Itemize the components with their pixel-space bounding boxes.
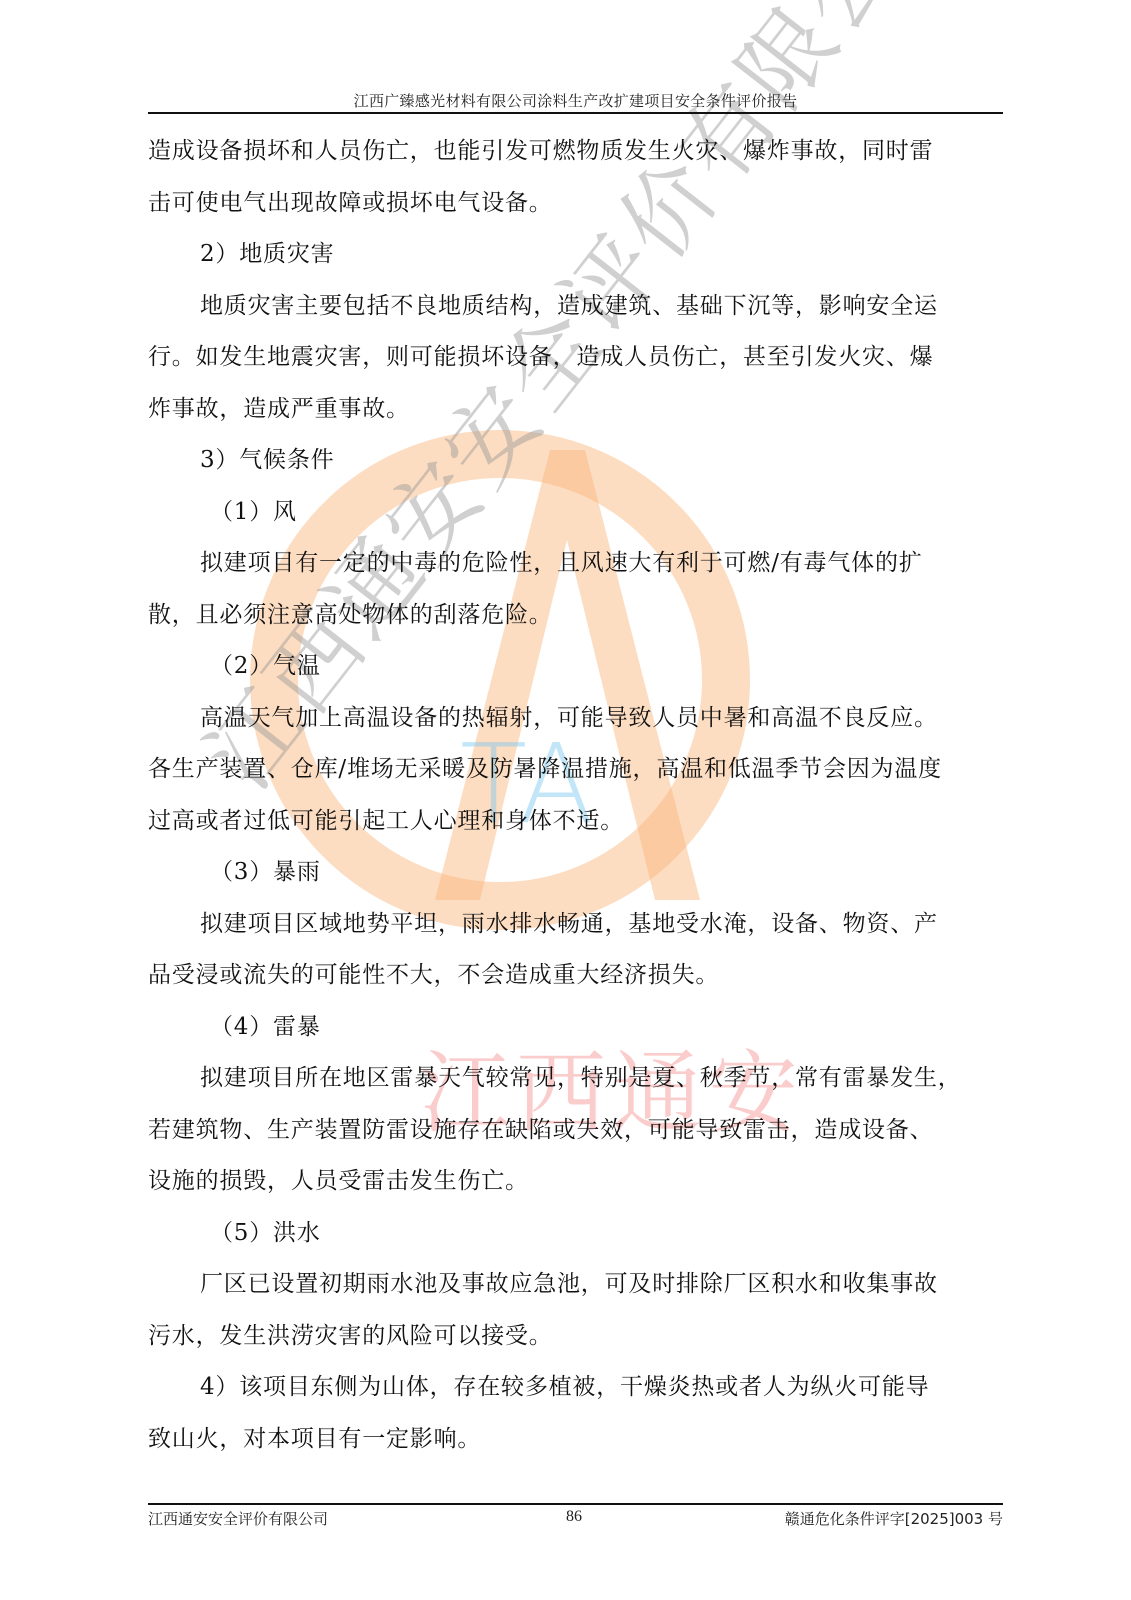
page-header-title: 江西广臻感光材料有限公司涂料生产改扩建项目安全条件评价报告: [148, 90, 1003, 111]
paragraph-line: 过高或者过低可能引起工人心理和身体不适。: [148, 796, 1003, 848]
paragraph-line: 造成设备损坏和人员伤亡，也能引发可燃物质发生火灾、爆炸事故，同时雷: [148, 126, 1003, 178]
document-body: 造成设备损坏和人员伤亡，也能引发可燃物质发生火灾、爆炸事故，同时雷 击可使电气出…: [148, 126, 1003, 1465]
subsection-heading-wind: （1）风: [148, 487, 1003, 539]
section-heading-climate: 3）气候条件: [148, 435, 1003, 487]
paragraph-line: 品受浸或流失的可能性不大，不会造成重大经济损失。: [148, 950, 1003, 1002]
footer-divider: [148, 1503, 1003, 1505]
subsection-heading-flood: （5）洪水: [148, 1208, 1003, 1260]
paragraph-line: 炸事故，造成严重事故。: [148, 384, 1003, 436]
subsection-heading-temperature: （2）气温: [148, 641, 1003, 693]
paragraph-line: 散，且必须注意高处物体的刮落危险。: [148, 590, 1003, 642]
paragraph-line: 设施的损毁，人员受雷击发生伤亡。: [148, 1156, 1003, 1208]
subsection-heading-rainstorm: （3）暴雨: [148, 847, 1003, 899]
section-item-wildfire: 4）该项目东侧为山体，存在较多植被，干燥炎热或者人为纵火可能导: [148, 1362, 1003, 1414]
paragraph-line: 行。如发生地震灾害，则可能损坏设备，造成人员伤亡，甚至引发火灾、爆: [148, 332, 1003, 384]
subsection-heading-thunderstorm: （4）雷暴: [148, 1002, 1003, 1054]
footer-company: 江西通安安全评价有限公司: [148, 1508, 328, 1529]
page-number: 86: [566, 1508, 582, 1526]
paragraph-line: 各生产装置、仓库/堆场无采暖及防暑降温措施，高温和低温季节会因为温度: [148, 744, 1003, 796]
paragraph-line: 击可使电气出现故障或损坏电气设备。: [148, 178, 1003, 230]
paragraph-line: 厂区已设置初期雨水池及事故应急池，可及时排除厂区积水和收集事故: [148, 1259, 1003, 1311]
footer-doc-number: 赣通危化条件评字[2025]003 号: [785, 1508, 1003, 1529]
paragraph-line: 拟建项目区域地势平坦，雨水排水畅通，基地受水淹，设备、物资、产: [148, 899, 1003, 951]
paragraph-line: 高温天气加上高温设备的热辐射，可能导致人员中暑和高温不良反应。: [148, 693, 1003, 745]
paragraph-line: 致山火，对本项目有一定影响。: [148, 1414, 1003, 1466]
paragraph-line: 拟建项目所在地区雷暴天气较常见，特别是夏、秋季节，常有雷暴发生，: [148, 1053, 1003, 1105]
paragraph-line: 拟建项目有一定的中毒的危险性，且风速大有利于可燃/有毒气体的扩: [148, 538, 1003, 590]
paragraph-line: 若建筑物、生产装置防雷设施存在缺陷或失效，可能导致雷击，造成设备、: [148, 1105, 1003, 1157]
paragraph-line: 地质灾害主要包括不良地质结构，造成建筑、基础下沉等，影响安全运: [148, 281, 1003, 333]
paragraph-line: 污水，发生洪涝灾害的风险可以接受。: [148, 1311, 1003, 1363]
document-page: TA 江西通安 江西通安安全评价有限公司 江西广臻感光材料有限公司涂料生产改扩建…: [0, 0, 1131, 1600]
section-heading-geological: 2）地质灾害: [148, 229, 1003, 281]
page-footer: 江西通安安全评价有限公司 86 赣通危化条件评字[2025]003 号: [148, 1508, 1003, 1530]
header-divider: [148, 112, 1003, 114]
